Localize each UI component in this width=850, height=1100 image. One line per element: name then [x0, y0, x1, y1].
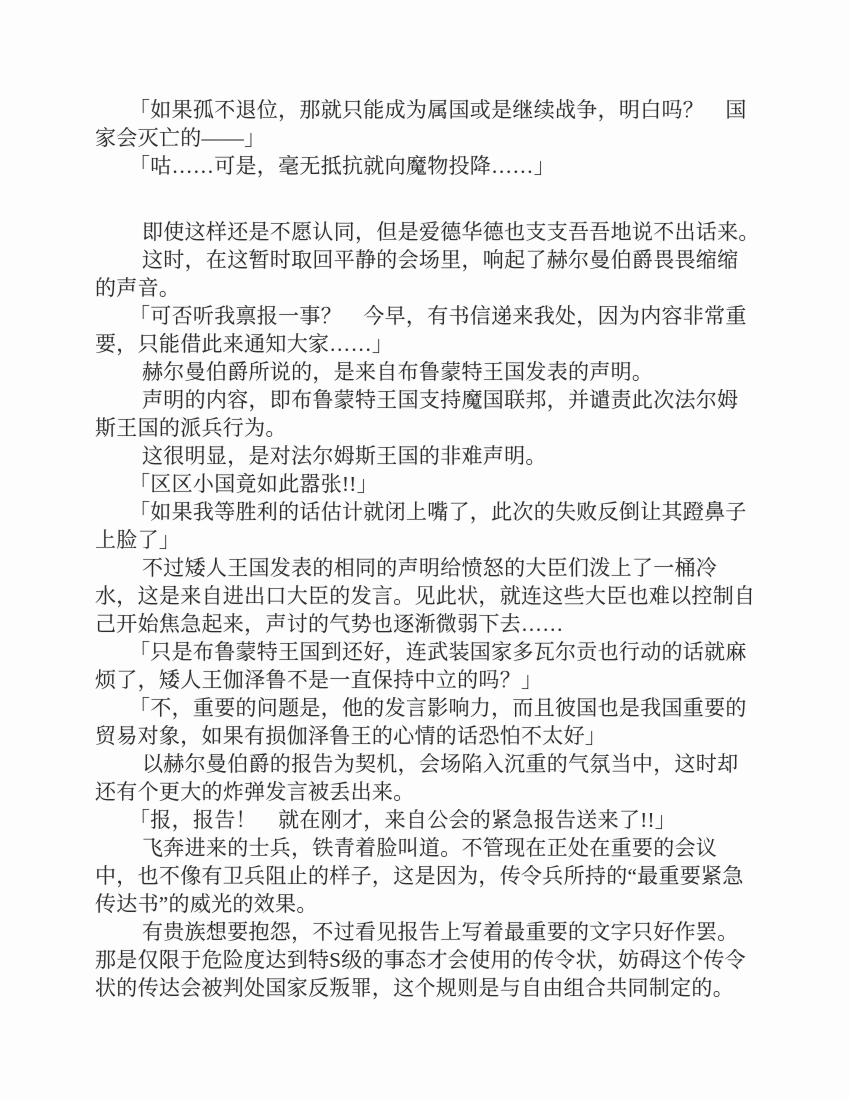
text-line: 水，这是来自进出口大臣的发言。见此状，就连这些大臣也难以控制自 — [95, 582, 760, 610]
text-line: 斯王国的派兵行为。 — [95, 414, 760, 442]
narrative-paragraph: 飞奔进来的士兵，铁青着脸叫道。不管现在正处在重要的会议中，也不像有卫兵阻止的样子… — [95, 834, 760, 918]
narrative-paragraph: 这时，在这暂时取回平静的会场里，响起了赫尔曼伯爵畏畏缩缩的声音。 — [95, 246, 760, 302]
narrative-paragraph: 不过矮人王国发表的相同的声明给愤怒的大臣们泼上了一桶冷水，这是来自进出口大臣的发… — [95, 554, 760, 638]
text-line: 「咕……可是，毫无抵抗就向魔物投降……」 — [95, 152, 760, 180]
text-line: 「只是布鲁蒙特王国到还好，连武装国家多瓦尔贡也行动的话就麻 — [95, 638, 760, 666]
text-line: 声明的内容，即布鲁蒙特王国支持魔国联邦，并谴责此次法尔姆 — [95, 386, 760, 414]
text-line: 家会灭亡的——」 — [95, 124, 760, 152]
text-line: 「不，重要的问题是，他的发言影响力，而且彼国也是我国重要的 — [95, 694, 760, 722]
narrative-paragraph: 即使这样还是不愿认同，但是爱德华德也支支吾吾地说不出话来。 — [95, 218, 760, 246]
text-line: 这时，在这暂时取回平静的会场里，响起了赫尔曼伯爵畏畏缩缩 — [95, 246, 760, 274]
text-line: 那是仅限于危险度达到特S级的事态才会使用的传令状，妨碍这个传令 — [95, 946, 760, 974]
dialogue-paragraph: 「不，重要的问题是，他的发言影响力，而且彼国也是我国重要的贸易对象，如果有损伽泽… — [95, 694, 760, 750]
text-line: 这很明显，是对法尔姆斯王国的非难声明。 — [95, 442, 760, 470]
narrative-paragraph: 声明的内容，即布鲁蒙特王国支持魔国联邦，并谴责此次法尔姆斯王国的派兵行为。 — [95, 386, 760, 442]
text-line: 即使这样还是不愿认同，但是爱德华德也支支吾吾地说不出话来。 — [95, 218, 760, 246]
novel-page: 「如果孤不退位，那就只能成为属国或是继续战争，明白吗？ 国家会灭亡的——」「咕…… — [0, 0, 850, 1100]
text-line: 「如果我等胜利的话估计就闭上嘴了，此次的失败反倒让其蹬鼻子 — [95, 498, 760, 526]
text-line: 上脸了」 — [95, 526, 760, 554]
text-line: 的声音。 — [95, 274, 760, 302]
text-line: 要，只能借此来通知大家……」 — [95, 330, 760, 358]
text-line: 贸易对象，如果有损伽泽鲁王的心情的话恐怕不太好」 — [95, 722, 760, 750]
text-column: 「如果孤不退位，那就只能成为属国或是继续战争，明白吗？ 国家会灭亡的——」「咕…… — [95, 96, 760, 1002]
narrative-paragraph: 这很明显，是对法尔姆斯王国的非难声明。 — [95, 442, 760, 470]
narrative-paragraph: 赫尔曼伯爵所说的，是来自布鲁蒙特王国发表的声明。 — [95, 358, 760, 386]
text-line: 传达书”的威光的效果。 — [95, 890, 760, 918]
text-line: 「区区小国竟如此嚣张!!」 — [95, 470, 760, 498]
text-line: 以赫尔曼伯爵的报告为契机，会场陷入沉重的气氛当中，这时却 — [95, 750, 760, 778]
text-line: 赫尔曼伯爵所说的，是来自布鲁蒙特王国发表的声明。 — [95, 358, 760, 386]
text-line: 「可否听我禀报一事？ 今早，有书信递来我处，因为内容非常重 — [95, 302, 760, 330]
dialogue-paragraph: 「报，报告！ 就在刚才，来自公会的紧急报告送来了!!」 — [95, 806, 760, 834]
dialogue-paragraph: 「区区小国竟如此嚣张!!」 — [95, 470, 760, 498]
text-line: 中，也不像有卫兵阻止的样子，这是因为，传令兵所持的“最重要紧急 — [95, 862, 760, 890]
text-line: 「如果孤不退位，那就只能成为属国或是继续战争，明白吗？ 国 — [95, 96, 760, 124]
dialogue-paragraph: 「咕……可是，毫无抵抗就向魔物投降……」 — [95, 152, 760, 180]
dialogue-paragraph: 「可否听我禀报一事？ 今早，有书信递来我处，因为内容非常重要，只能借此来通知大家… — [95, 302, 760, 358]
text-line: 有贵族想要抱怨，不过看见报告上写着最重要的文字只好作罢。 — [95, 918, 760, 946]
text-line: 状的传达会被判处国家反叛罪，这个规则是与自由组合共同制定的。 — [95, 974, 760, 1002]
text-line: 还有个更大的炸弹发言被丢出来。 — [95, 778, 760, 806]
narrative-paragraph: 以赫尔曼伯爵的报告为契机，会场陷入沉重的气氛当中，这时却还有个更大的炸弹发言被丢… — [95, 750, 760, 806]
text-line: 烦了，矮人王伽泽鲁不是一直保持中立的吗？」 — [95, 666, 760, 694]
text-line: 不过矮人王国发表的相同的声明给愤怒的大臣们泼上了一桶冷 — [95, 554, 760, 582]
dialogue-paragraph: 「如果我等胜利的话估计就闭上嘴了，此次的失败反倒让其蹬鼻子上脸了」 — [95, 498, 760, 554]
text-line: 飞奔进来的士兵，铁青着脸叫道。不管现在正处在重要的会议 — [95, 834, 760, 862]
paragraph-spacer — [95, 180, 760, 218]
narrative-paragraph: 有贵族想要抱怨，不过看见报告上写着最重要的文字只好作罢。那是仅限于危险度达到特S… — [95, 918, 760, 1002]
dialogue-paragraph: 「如果孤不退位，那就只能成为属国或是继续战争，明白吗？ 国家会灭亡的——」 — [95, 96, 760, 152]
text-line: 己开始焦急起来，声讨的气势也逐渐微弱下去…… — [95, 610, 760, 638]
text-line: 「报，报告！ 就在刚才，来自公会的紧急报告送来了!!」 — [95, 806, 760, 834]
dialogue-paragraph: 「只是布鲁蒙特王国到还好，连武装国家多瓦尔贡也行动的话就麻烦了，矮人王伽泽鲁不是… — [95, 638, 760, 694]
